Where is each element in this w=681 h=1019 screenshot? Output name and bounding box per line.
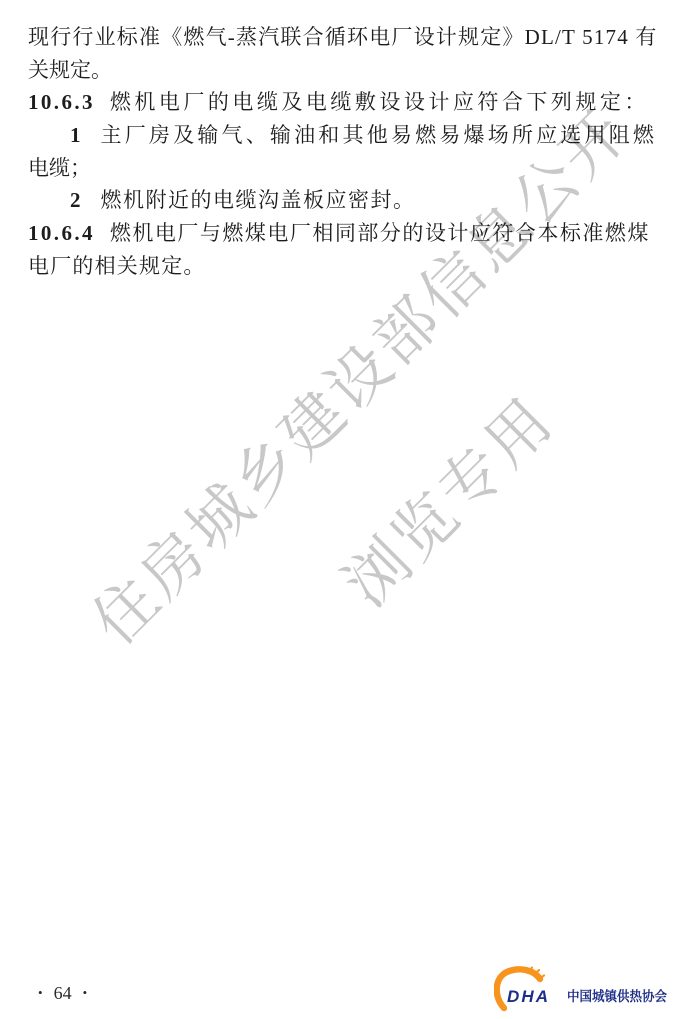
page-number-dot-right: •	[83, 983, 88, 1003]
clause-text: 燃机电厂的电缆及电缆敷设设计应符合下列规定：	[110, 90, 649, 114]
document-page: 住房城乡建设部信息公开 浏览专用 现行行业标准《燃气-蒸汽联合循环电厂设计规定》…	[0, 0, 681, 1019]
list-item-2: 2燃机附近的电缆沟盖板应密封。	[28, 184, 654, 217]
cdha-logo: DHA 中国城镇供热协会	[494, 966, 669, 1012]
document-body: 现行行业标准《燃气-蒸汽联合循环电厂设计规定》DL/T 5174 有 关规定。 …	[28, 21, 654, 283]
list-item-1-line-1: 1主厂房及输气、输油和其他易燃易爆场所应选用阻燃	[28, 119, 654, 152]
clause-10-6-4-line-2: 电厂的相关规定。	[28, 250, 654, 283]
page-number-value: 64	[54, 983, 72, 1004]
clause-10-6-3: 10.6.3燃机电厂的电缆及电缆敷设设计应符合下列规定：	[28, 86, 654, 119]
intro-paragraph-line-2: 关规定。	[28, 54, 654, 87]
clause-number: 10.6.3	[28, 90, 95, 114]
clause-10-6-4-line-1: 10.6.4燃机电厂与燃煤电厂相同部分的设计应符合本标准燃煤	[28, 217, 654, 250]
page-number-dot-left: •	[38, 983, 43, 1003]
item-text: 主厂房及输气、输油和其他易燃易爆场所应选用阻燃	[101, 123, 658, 147]
intro-paragraph-line-1: 现行行业标准《燃气-蒸汽联合循环电厂设计规定》DL/T 5174 有	[28, 21, 654, 54]
page-number: • 64 •	[38, 983, 87, 1003]
list-item-1-line-2: 电缆；	[28, 152, 654, 185]
logo-acronym: DHA	[507, 987, 548, 1006]
logo-org-name: 中国城镇供热协会	[567, 988, 667, 1004]
item-text: 燃机附近的电缆沟盖板应密封。	[101, 188, 416, 212]
item-number: 1	[70, 123, 81, 147]
item-number: 2	[70, 188, 81, 212]
clause-text: 燃机电厂与燃煤电厂相同部分的设计应符合本标准燃煤	[110, 221, 650, 245]
clause-number: 10.6.4	[28, 221, 95, 245]
